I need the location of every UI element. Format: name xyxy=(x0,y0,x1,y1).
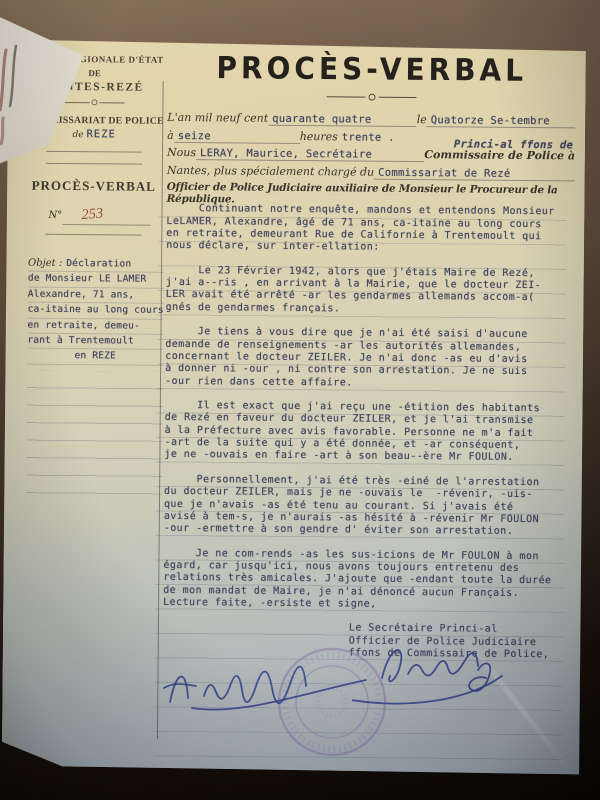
paragraph: Personnellement, j'ai été très -einé de … xyxy=(164,474,573,539)
date-typed-day: Quatorze Se-tembre xyxy=(427,114,576,128)
title-ornament xyxy=(326,93,416,101)
sidebar-pv-label: PROCÈS-VERBAL xyxy=(23,178,165,195)
pv-number-handwritten: 253 xyxy=(81,205,104,224)
date-typed-year: quarante quatre xyxy=(268,113,417,127)
objet-line: de Monsieur LE LAMER xyxy=(28,272,164,289)
objet-block: Objet : Déclaration de Monsieur LE LAMER… xyxy=(20,257,164,498)
paragraph: Je tiens à vous dire que je n'ai été sai… xyxy=(165,326,574,391)
fragment-markings xyxy=(0,44,56,154)
photographed-document-scene: POLICE RÉGIONALE D'ÉTAT DE NANTES-REZÉ C… xyxy=(0,0,600,800)
letterhead-ornament xyxy=(64,99,124,106)
time-typed-hour: seize xyxy=(174,130,300,144)
officer-printed-nous: Nous xyxy=(167,146,196,159)
paragraph: Il est exact que j'ai reçu une -étition … xyxy=(164,400,573,465)
pv-number-label: N° xyxy=(48,210,62,221)
signature-leray xyxy=(352,636,552,716)
objet-line: en retraite, demeu- xyxy=(27,318,163,335)
date-printed-1: L'an mil neuf cent xyxy=(167,111,268,125)
document-title: PROCÈS-VERBAL xyxy=(168,50,576,89)
commissariat-de-label: de xyxy=(72,130,83,140)
time-printed-heures: heures xyxy=(300,130,338,143)
objet-line: rant à Trentemoult xyxy=(27,334,163,351)
deposition-body: Continuant notre enquête, mandons et ent… xyxy=(163,203,575,662)
officer-typed-rank: Princi-al ffons de xyxy=(454,139,573,152)
form-header: L'an mil neuf cent quarante quatre le Qu… xyxy=(167,111,576,200)
signature-le-lamer xyxy=(158,658,378,720)
sidebar-rule xyxy=(46,163,142,165)
judiciaire-line: Officier de Police Judiciaire auxiliaire… xyxy=(167,181,575,200)
paragraph: Le 23 Février 1942, alors que j'étais Ma… xyxy=(166,265,574,318)
main-column: PROCÈS-VERBAL L'an mil neuf cent quarant… xyxy=(163,41,576,662)
paragraph: Continuant notre enquête, mandons et ent… xyxy=(166,203,574,256)
typed-line: -our -ermettre à son gendre d' éviter so… xyxy=(164,523,572,539)
pv-number-rule xyxy=(62,224,150,226)
date-printed-le: le xyxy=(417,113,427,126)
charge-typed: Commissariat de Rezé xyxy=(374,166,575,181)
officer-typed-name: LERAY, Maurice, Secrétaire xyxy=(196,147,424,162)
typed-line: je ne -ouvais en faire -art à son beau--… xyxy=(164,449,572,465)
objet-line: ca-itaine au long cours xyxy=(28,303,164,320)
objet-typed-first: Déclaration xyxy=(66,257,131,272)
officer-rank: Princi-al ffons de Commissaire de Police… xyxy=(424,148,575,162)
charge-printed: Nantes, plus spécialement chargé du xyxy=(167,164,374,179)
objet-blank-ruled-lines xyxy=(26,371,163,498)
objet-label: Objet : xyxy=(28,257,62,272)
commissariat-city-typed: REZE xyxy=(86,128,115,140)
objet-line: Alexandre, 71 ans, xyxy=(28,287,164,304)
sidebar-rule xyxy=(45,234,141,236)
sidebar-rule xyxy=(46,151,142,153)
objet-line: Objet : Déclaration xyxy=(28,257,164,274)
objet-line: en REZE xyxy=(27,349,163,366)
pv-number-line: N° 253 xyxy=(22,203,164,224)
paragraph: Je ne com-rends -as les sus-icions de Mr… xyxy=(163,548,572,613)
